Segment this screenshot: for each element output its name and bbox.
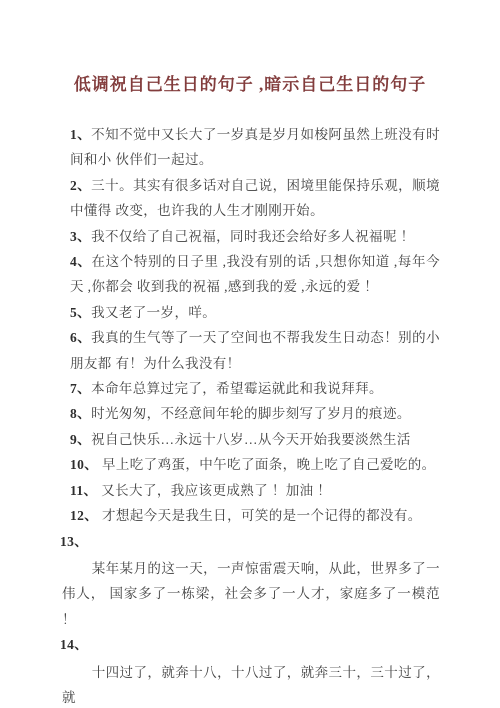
list-item-3: 3、我不仅给了自己祝福，同时我还会给好多人祝福呢 ！ xyxy=(70,224,440,249)
list-item-14: 14、 十四过了，就奔十八，十八过了，就奔三十，三十过了，就 xyxy=(70,632,440,708)
item-text: 祝自己快乐…永远十八岁…从今天开始我要淡然生活 xyxy=(91,432,411,447)
list-item-9: 9、祝自己快乐…永远十八岁…从今天开始我要淡然生活 xyxy=(70,427,440,452)
item-number: 14、 xyxy=(60,632,440,657)
document-body: 1、不知不觉中又长大了一岁真是岁月如梭阿虽然上班没有时间和小 伙伴们一起过。 2… xyxy=(0,122,500,708)
item-paragraph: 十四过了，就奔十八，十八过了，就奔三十，三十过了，就 xyxy=(62,660,440,708)
item-text: 我真的生气等了一天了空间也不帮我发生日动态！别的小朋友都 有！为什么我没有！ xyxy=(70,330,440,370)
item-number: 8、 xyxy=(70,406,91,421)
item-number: 12、 xyxy=(70,508,98,523)
item-text: 我不仅给了自己祝福，同时我还会给好多人祝福呢 ！ xyxy=(91,229,414,244)
list-item-13: 13、 某年某月的这一天，一声惊雷震天响，从此，世界多了一伟人， 国家多了一栋梁… xyxy=(70,529,440,633)
list-item-7: 7、本命年总算过完了，希望霉运就此和我说拜拜。 xyxy=(70,376,440,401)
item-text: 才想起今天是我生日，可笑的是一个记得的都没有。 xyxy=(98,508,421,523)
item-number: 13、 xyxy=(60,529,440,554)
page-title: 低调祝自己生日的句子 ,暗示自己生日的句子 xyxy=(40,72,460,98)
item-number: 10、 xyxy=(70,457,98,472)
item-number: 11、 xyxy=(70,483,97,498)
item-number: 1、 xyxy=(70,127,91,142)
document-page: 低调祝自己生日的句子 ,暗示自己生日的句子 1、不知不觉中又长大了一岁真是岁月如… xyxy=(0,0,500,708)
item-number: 4、 xyxy=(70,254,92,269)
item-text: 本命年总算过完了，希望霉运就此和我说拜拜。 xyxy=(91,381,383,396)
list-item-12: 12、 才想起今天是我生日，可笑的是一个记得的都没有。 xyxy=(70,503,440,528)
list-item-6: 6、我真的生气等了一天了空间也不帮我发生日动态！别的小朋友都 有！为什么我没有！ xyxy=(70,325,440,376)
list-item-2: 2、三十。其实有很多话对自己说，困境里能保持乐观，顺境中懂得 改变，也许我的人生… xyxy=(70,173,440,224)
list-item-10: 10、 早上吃了鸡蛋，中午吃了面条，晚上吃了自己爱吃的。 xyxy=(70,452,440,477)
list-item-11: 11、 又长大了，我应该更成熟了 ！加油 ！ xyxy=(70,478,440,503)
list-item-5: 5、我又老了一岁，咩。 xyxy=(70,300,440,325)
list-item-1: 1、不知不觉中又长大了一岁真是岁月如梭阿虽然上班没有时间和小 伙伴们一起过。 xyxy=(70,122,440,173)
item-number: 6、 xyxy=(70,330,91,345)
item-text: 早上吃了鸡蛋，中午吃了面条，晚上吃了自己爱吃的。 xyxy=(98,457,435,472)
list-item-8: 8、时光匆匆，不经意间年轮的脚步刻写了岁月的痕迹。 xyxy=(70,401,440,426)
item-number: 3、 xyxy=(70,229,91,244)
item-number: 2、 xyxy=(70,178,91,193)
item-number: 7、 xyxy=(70,381,91,396)
item-number: 5、 xyxy=(70,305,91,320)
item-text: 时光匆匆，不经意间年轮的脚步刻写了岁月的痕迹。 xyxy=(91,406,411,421)
item-paragraph: 某年某月的这一天，一声惊雷震天响，从此，世界多了一伟人， 国家多了一栋梁，社会多… xyxy=(62,556,440,632)
item-text: 不知不觉中又长大了一岁真是岁月如梭阿虽然上班没有时间和小 伙伴们一起过。 xyxy=(70,127,440,167)
item-text: 又长大了，我应该更成熟了 ！加油 ！ xyxy=(97,483,331,498)
list-item-4: 4、在这个特别的日子里 ,我没有别的话 ,只想你知道 ,每年今天 ,你都会 收到… xyxy=(70,249,440,300)
item-number: 9、 xyxy=(70,432,91,447)
item-text: 在这个特别的日子里 ,我没有别的话 ,只想你知道 ,每年今天 ,你都会 收到我的… xyxy=(70,254,440,294)
item-text: 我又老了一岁，咩。 xyxy=(91,305,216,320)
item-text: 三十。其实有很多话对自己说，困境里能保持乐观，顺境中懂得 改变，也许我的人生才刚… xyxy=(70,178,440,218)
